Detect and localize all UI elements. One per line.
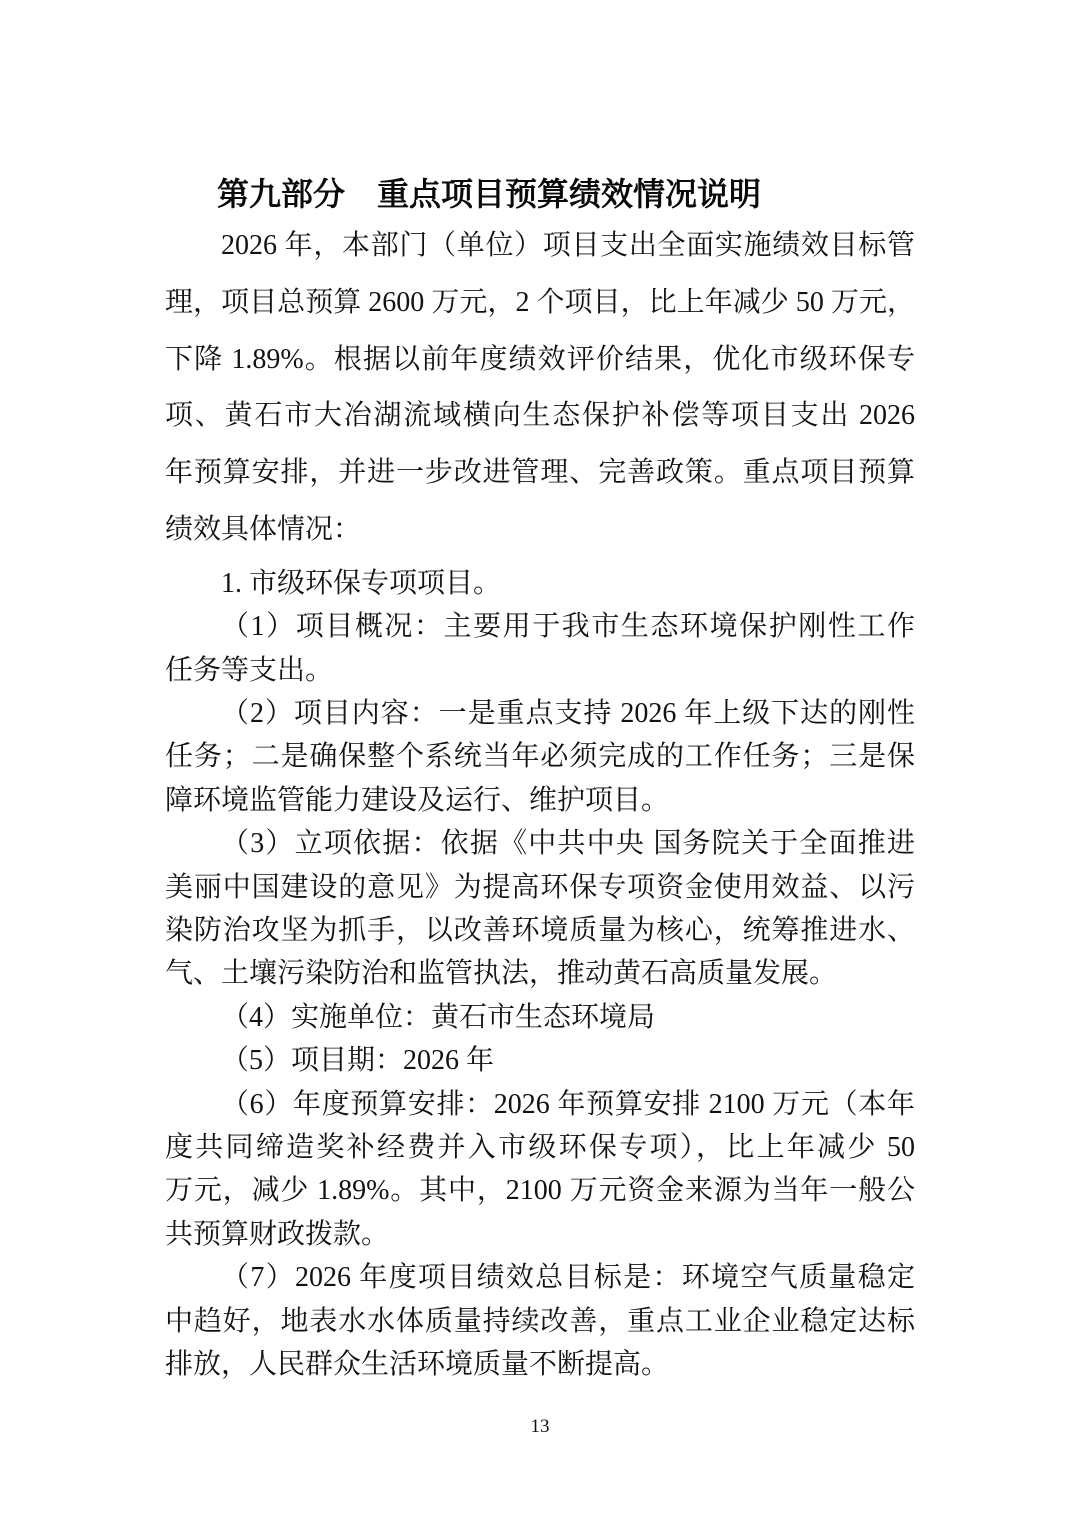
text-line: （4）实施单位：黄石市生态环境局 (165, 996, 915, 1039)
text-line: 美丽中国建设的意见》为提高环保专项资金使用效益、以污 (165, 866, 915, 909)
paragraph: （3）立项依据：依据《中共中央 国务院关于全面推进美丽中国建设的意见》为提高环保… (165, 822, 915, 996)
page-content: 第九部分 重点项目预算绩效情况说明 2026 年，本部门（单位）项目支出全面实施… (0, 0, 1074, 1440)
text-line: 中趋好，地表水水体质量持续改善，重点工业企业稳定达标 (165, 1300, 915, 1343)
text-line: 染防治攻坚为抓手，以改善环境质量为核心，统筹推进水、 (165, 909, 915, 952)
text-line: 排放，人民群众生活环境质量不断提高。 (165, 1343, 915, 1386)
text-line: （3）立项依据：依据《中共中央 国务院关于全面推进 (165, 822, 915, 865)
text-line: 气、土壤污染防治和监管执法，推动黄石高质量发展。 (165, 952, 915, 995)
text-line: （7）2026 年度项目绩效总目标是：环境空气质量稳定 (165, 1256, 915, 1299)
text-line: （2）项目内容：一是重点支持 2026 年上级下达的刚性 (165, 692, 915, 735)
text-line: 年预算安排，并进一步改进管理、完善政策。重点项目预算 (165, 445, 915, 502)
text-line: 1. 市级环保专项项目。 (165, 562, 915, 605)
page-title: 第九部分 重点项目预算绩效情况说明 (165, 174, 915, 214)
text-line: 度共同缔造奖补经费并入市级环保专项），比上年减少 50 (165, 1126, 915, 1169)
document-page: 第九部分 重点项目预算绩效情况说明 2026 年，本部门（单位）项目支出全面实施… (0, 0, 1074, 1520)
text-line: 万元，减少 1.89%。其中，2100 万元资金来源为当年一般公 (165, 1169, 915, 1212)
text-line: （5）项目期：2026 年 (165, 1039, 915, 1082)
paragraph: （7）2026 年度项目绩效总目标是：环境空气质量稳定中趋好，地表水水体质量持续… (165, 1256, 915, 1386)
page-number: 13 (165, 1414, 915, 1440)
paragraph: （2）项目内容：一是重点支持 2026 年上级下达的刚性任务；二是确保整个系统当… (165, 692, 915, 822)
text-line: 绩效具体情况： (165, 502, 915, 559)
text-line: （6）年度预算安排：2026 年预算安排 2100 万元（本年 (165, 1083, 915, 1126)
paragraph: 2026 年，本部门（单位）项目支出全面实施绩效目标管理，项目总预算 2600 … (165, 218, 915, 559)
paragraph: 1. 市级环保专项项目。 (165, 562, 915, 605)
text-line: 下降 1.89%。根据以前年度绩效评价结果，优化市级环保专 (165, 332, 915, 389)
text-line: 项、黄石市大冶湖流域横向生态保护补偿等项目支出 2026 (165, 388, 915, 445)
paragraph: （4）实施单位：黄石市生态环境局 (165, 996, 915, 1039)
text-line: 共预算财政拨款。 (165, 1213, 915, 1256)
paragraph: （6）年度预算安排：2026 年预算安排 2100 万元（本年度共同缔造奖补经费… (165, 1083, 915, 1257)
text-line: 2026 年，本部门（单位）项目支出全面实施绩效目标管 (165, 218, 915, 275)
text-line: （1）项目概况：主要用于我市生态环境保护刚性工作 (165, 605, 915, 648)
text-line: 任务等支出。 (165, 649, 915, 692)
text-line: 任务；二是确保整个系统当年必须完成的工作任务；三是保 (165, 735, 915, 778)
body-text: 2026 年，本部门（单位）项目支出全面实施绩效目标管理，项目总预算 2600 … (165, 218, 915, 1387)
text-line: 理，项目总预算 2600 万元，2 个项目，比上年减少 50 万元， (165, 275, 915, 332)
text-line: 障环境监管能力建设及运行、维护项目。 (165, 779, 915, 822)
paragraph: （1）项目概况：主要用于我市生态环境保护刚性工作任务等支出。 (165, 605, 915, 692)
paragraph: （5）项目期：2026 年 (165, 1039, 915, 1082)
